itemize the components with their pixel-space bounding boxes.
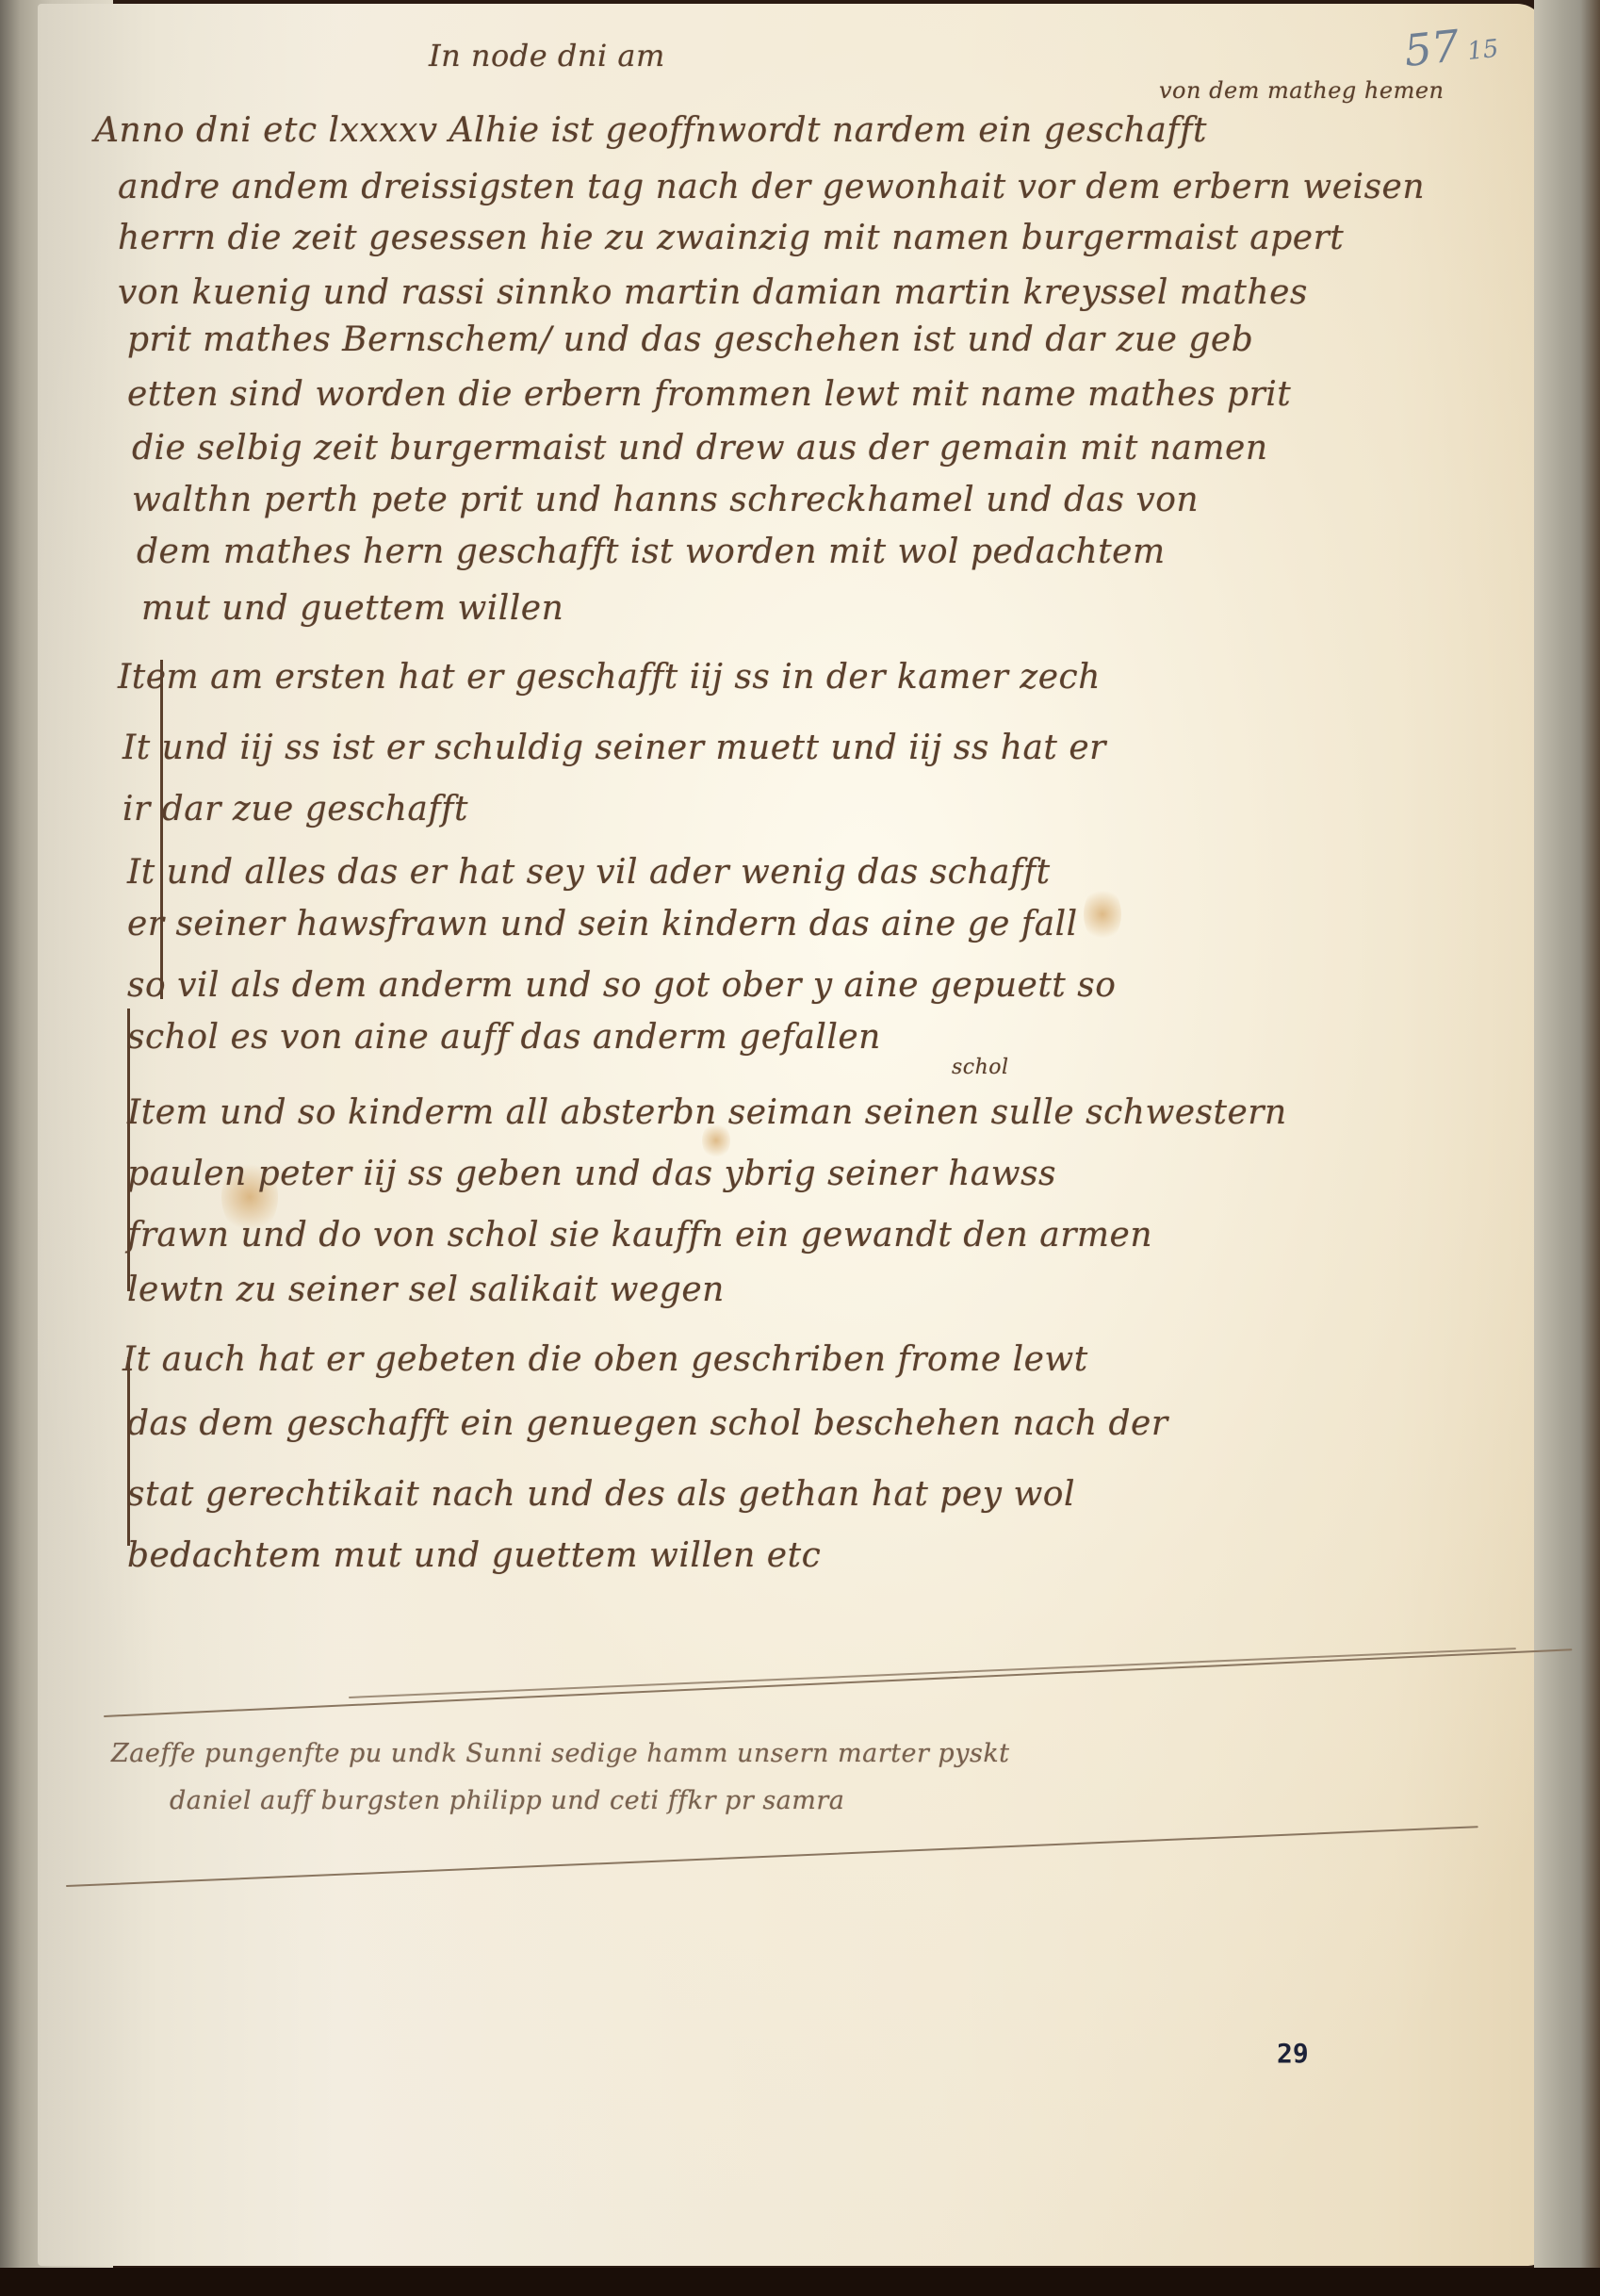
item-line: bedachtem mut und guettem willen etc [127,1536,821,1575]
item-line: It und alles das er hat sey vil ader wen… [127,853,1051,892]
item-line: frawn und do von schol sie kauffn ein ge… [127,1216,1152,1255]
text-line: andre andem dreissigsten tag nach der ge… [118,168,1425,206]
item-line: er seiner hawsfrawn und sein kindern das… [127,905,1078,943]
page-edge [1534,0,1600,2281]
text-line: die selbig zeit burgermaist und drew aus… [132,429,1268,467]
stamped-page-number: 29 [1277,2038,1309,2069]
item-line: ir dar zue geschafft [122,790,468,828]
folio-number: 5715 [1401,16,1500,76]
item-line: Item am ersten hat er geschafft iij ss i… [118,658,1101,697]
footer-note-line: daniel auff burgsten philipp und ceti ff… [170,1786,844,1815]
scan-bottom-shadow [0,2268,1600,2296]
text-line: mut und guettem willen [141,589,563,628]
text-line: dem mathes hern geschafft ist worden mit… [137,533,1166,571]
invocation-heading: In node dni am [429,38,665,74]
item-line: schol es von aine auff das anderm gefall… [127,1018,881,1057]
item-line: stat gerechtikait nach und des als getha… [127,1475,1075,1514]
item-line: lewtn zu seiner sel salikait wegen [127,1271,725,1309]
margin-bracket [127,1357,130,1546]
text-line: etten sind worden die erbern frommen lew… [127,375,1291,414]
item-line: paulen peter iij ss geben und das ybrig … [127,1155,1056,1193]
item-line: It und iij ss ist er schuldig seiner mue… [122,729,1106,767]
margin-bracket [160,660,163,999]
item-line: das dem geschafft ein genuegen schol bes… [127,1404,1168,1443]
manuscript-scan: 5715 In node dni am von dem matheg hemen… [0,0,1600,2296]
text-line: von kuenig und rassi sinnko martin damia… [118,273,1308,312]
marginal-title: von dem matheg hemen [1159,77,1445,104]
text-line: walthn perth pete prit und hanns schreck… [132,481,1199,519]
text-line: herrn die zeit gesessen hie zu zwainzig … [118,219,1344,257]
text-line: Anno dni etc lxxxxv Alhie ist geoffnword… [94,111,1207,150]
item-line: Item und so kinderm all absterbn seiman … [127,1093,1287,1132]
water-stain [1084,886,1121,943]
item-line: It auch hat er gebeten die oben geschrib… [122,1340,1088,1379]
interlinear-insertion: schol [952,1056,1009,1079]
text-line: prit mathes Bernschem/ und das geschehen… [127,320,1253,359]
footer-note-line: Zaeffe pungenfte pu undk Sunni sedige ha… [111,1739,1010,1768]
item-line: so vil als dem anderm und so got ober y … [127,966,1116,1005]
